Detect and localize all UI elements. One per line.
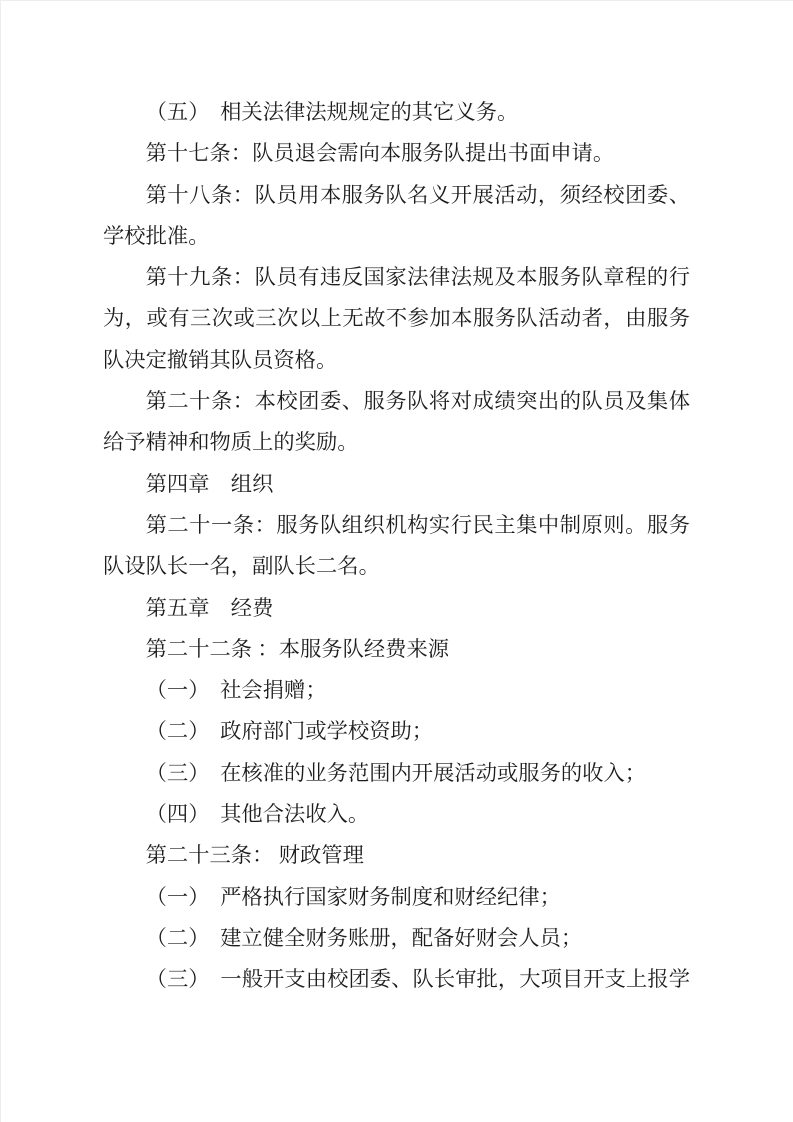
paragraph: （二） 政府部门或学校资助； xyxy=(103,711,690,752)
text-line: （一） 社会捐赠； xyxy=(103,670,690,711)
text-line: 第十七条：队员退会需向本服务队提出书面申请。 xyxy=(103,133,690,174)
paragraph: 第二十二条 ：本服务队经费来源 xyxy=(103,629,690,670)
document-text-body: （五） 相关法律法规规定的其它义务。第十七条：队员退会需向本服务队提出书面申请。… xyxy=(103,92,690,1001)
text-line: 给予精神和物质上的奖励。 xyxy=(103,422,690,463)
paragraph: 第二十三条： 财政管理 xyxy=(103,835,690,876)
text-line: 第二十条：本校团委、服务队将对成绩突出的队员及集体 xyxy=(103,381,690,422)
paragraph: （一） 严格执行国家财务制度和财经纪律； xyxy=(103,877,690,918)
text-line: 第十八条：队员用本服务队名义开展活动，须经校团委、 xyxy=(103,175,690,216)
paragraph: 第十九条：队员有违反国家法律法规及本服务队章程的行为，或有三次或三次以上无故不参… xyxy=(103,257,690,381)
text-line: 队决定撤销其队员资格。 xyxy=(103,340,690,381)
text-line: （五） 相关法律法规规定的其它义务。 xyxy=(103,92,690,133)
paragraph: （三） 在核准的业务范围内开展活动或服务的收入； xyxy=(103,753,690,794)
text-line: （三） 一般开支由校团委、队长审批，大项目开支上报学 xyxy=(103,959,690,1000)
paragraph: （四） 其他合法收入。 xyxy=(103,794,690,835)
paragraph: （二） 建立健全财务账册，配备好财会人员； xyxy=(103,918,690,959)
paragraph: 第二十一条：服务队组织机构实行民主集中制原则。服务队设队长一名，副队长二名。 xyxy=(103,505,690,588)
text-line: （二） 政府部门或学校资助； xyxy=(103,711,690,752)
text-line: （三） 在核准的业务范围内开展活动或服务的收入； xyxy=(103,753,690,794)
paragraph: 第十八条：队员用本服务队名义开展活动，须经校团委、学校批准。 xyxy=(103,175,690,258)
paragraph: 第十七条：队员退会需向本服务队提出书面申请。 xyxy=(103,133,690,174)
paragraph: （五） 相关法律法规规定的其它义务。 xyxy=(103,92,690,133)
text-line: 第二十一条：服务队组织机构实行民主集中制原则。服务 xyxy=(103,505,690,546)
paragraph: 第四章 组织 xyxy=(103,464,690,505)
paragraph: 第五章 经费 xyxy=(103,588,690,629)
text-line: 第五章 经费 xyxy=(103,588,690,629)
text-line: （四） 其他合法收入。 xyxy=(103,794,690,835)
text-line: 队设队长一名，副队长二名。 xyxy=(103,546,690,587)
text-line: （二） 建立健全财务账册，配备好财会人员； xyxy=(103,918,690,959)
paragraph: （一） 社会捐赠； xyxy=(103,670,690,711)
paragraph: 第二十条：本校团委、服务队将对成绩突出的队员及集体给予精神和物质上的奖励。 xyxy=(103,381,690,464)
text-line: 学校批准。 xyxy=(103,216,690,257)
text-line: 第十九条：队员有违反国家法律法规及本服务队章程的行 xyxy=(103,257,690,298)
text-line: 第二十三条： 财政管理 xyxy=(103,835,690,876)
text-line: （一） 严格执行国家财务制度和财经纪律； xyxy=(103,877,690,918)
text-line: 第二十二条 ：本服务队经费来源 xyxy=(103,629,690,670)
text-line: 第四章 组织 xyxy=(103,464,690,505)
paragraph: （三） 一般开支由校团委、队长审批，大项目开支上报学 xyxy=(103,959,690,1000)
document-page: （五） 相关法律法规规定的其它义务。第十七条：队员退会需向本服务队提出书面申请。… xyxy=(0,0,793,1122)
text-line: 为，或有三次或三次以上无故不参加本服务队活动者，由服务 xyxy=(103,298,690,339)
